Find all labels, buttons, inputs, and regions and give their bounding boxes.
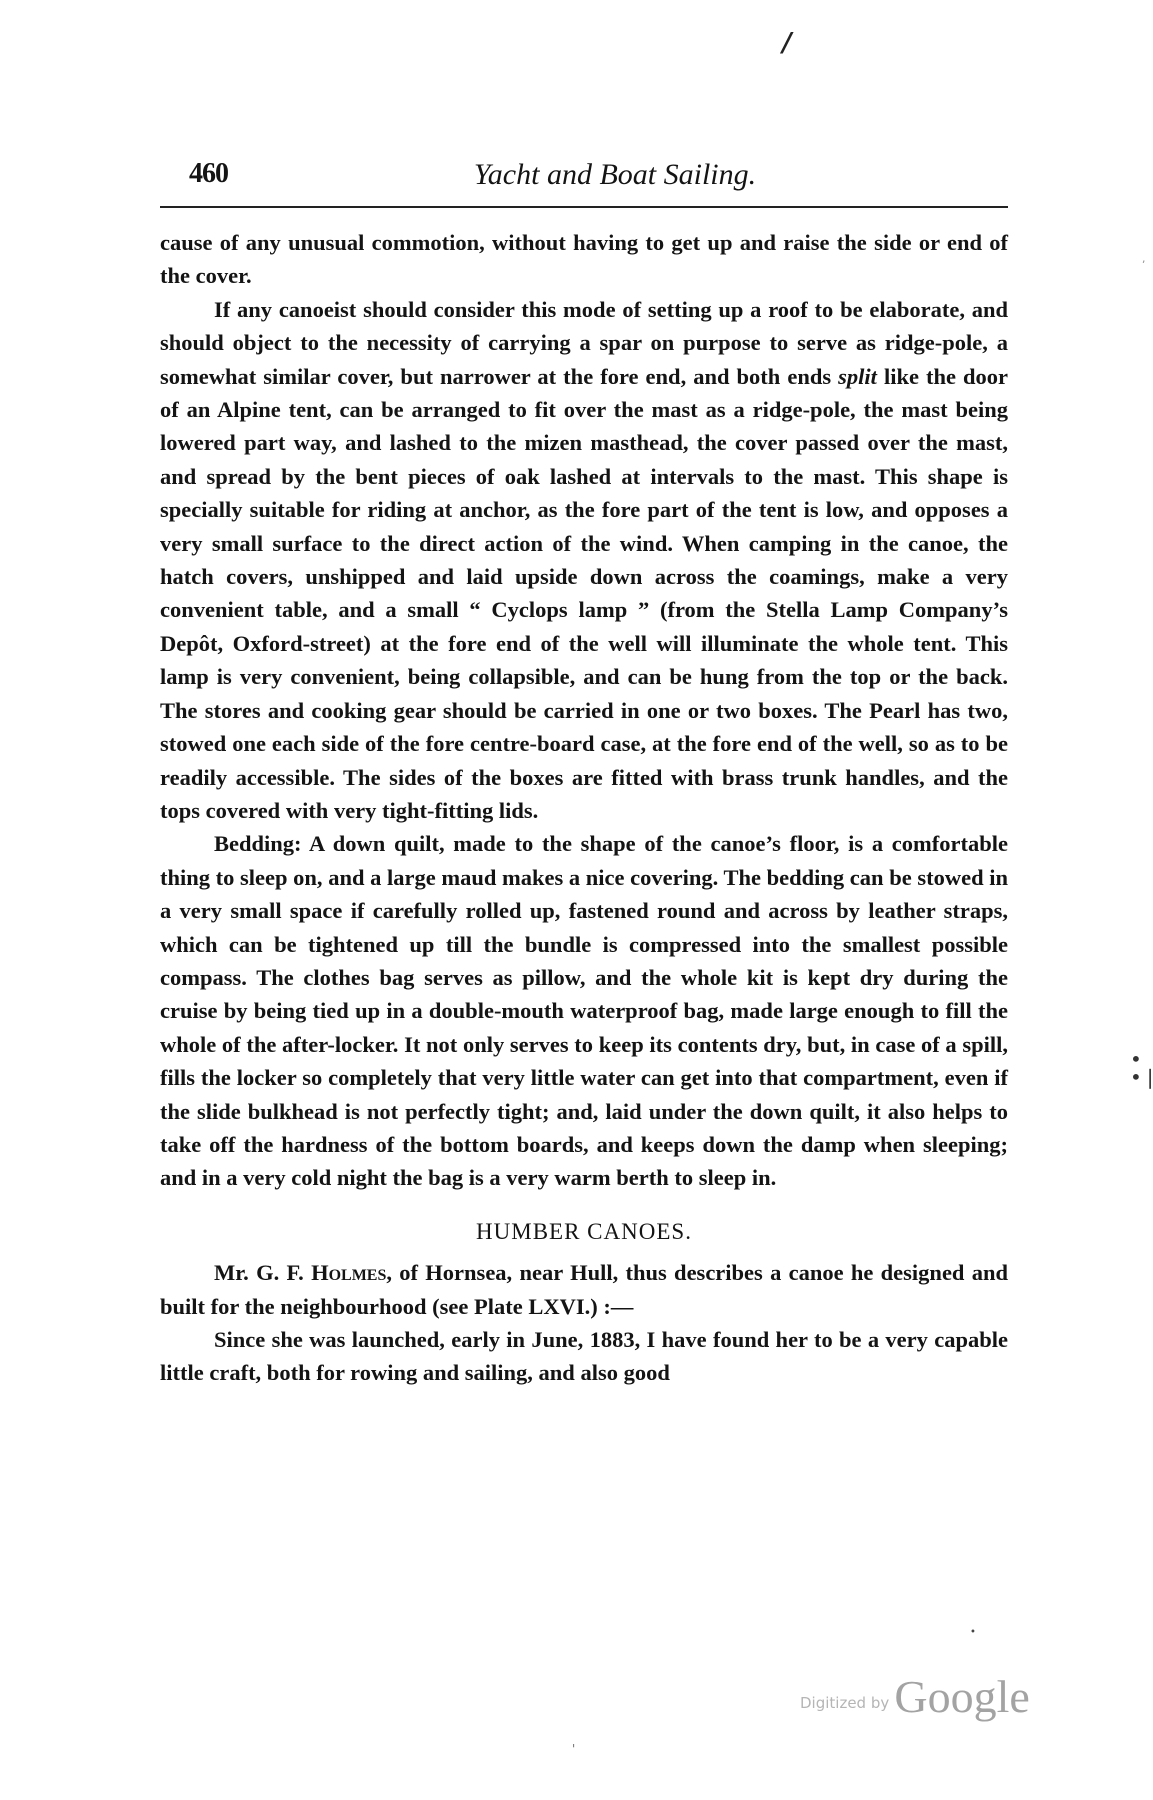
- paragraph-quote: Since she was launched, early in June, 1…: [160, 1323, 1008, 1390]
- google-logo: Google: [894, 1671, 1029, 1722]
- margin-marks: • •❘: [1130, 1050, 1153, 1086]
- body-text: cause of any unusual commotion, without …: [160, 226, 1008, 1390]
- footer-tick: ': [572, 1742, 575, 1756]
- paragraph-bedding: Bedding: A down quilt, made to the shape…: [160, 827, 1008, 1194]
- intro-text: Mr. G. F.: [214, 1260, 311, 1285]
- paragraph-section-intro: Mr. G. F. Holmes, of Hornsea, near Hull,…: [160, 1256, 1008, 1323]
- page-header: 460 Yacht and Boat Sailing.: [189, 158, 1001, 198]
- margin-speck: ’: [1142, 260, 1145, 271]
- paragraph-roof-cover: If any canoeist should consider this mod…: [160, 293, 1008, 828]
- italic-word: split: [838, 364, 877, 389]
- section-heading: HUMBER CANOES.: [160, 1215, 1008, 1248]
- running-title: Yacht and Boat Sailing.: [189, 158, 1001, 192]
- top-margin-mark: /: [782, 28, 792, 58]
- footer-speck: •: [970, 1627, 976, 1638]
- author-name: Holmes: [311, 1260, 386, 1285]
- digitized-watermark: Digitized by Google: [800, 1670, 1030, 1723]
- paragraph-continuation: cause of any unusual commotion, without …: [160, 226, 1008, 293]
- header-rule: [160, 206, 1008, 208]
- paragraph-text: like the door of an Alpine tent, can be …: [160, 364, 1008, 823]
- watermark-prefix: Digitized by: [800, 1694, 889, 1712]
